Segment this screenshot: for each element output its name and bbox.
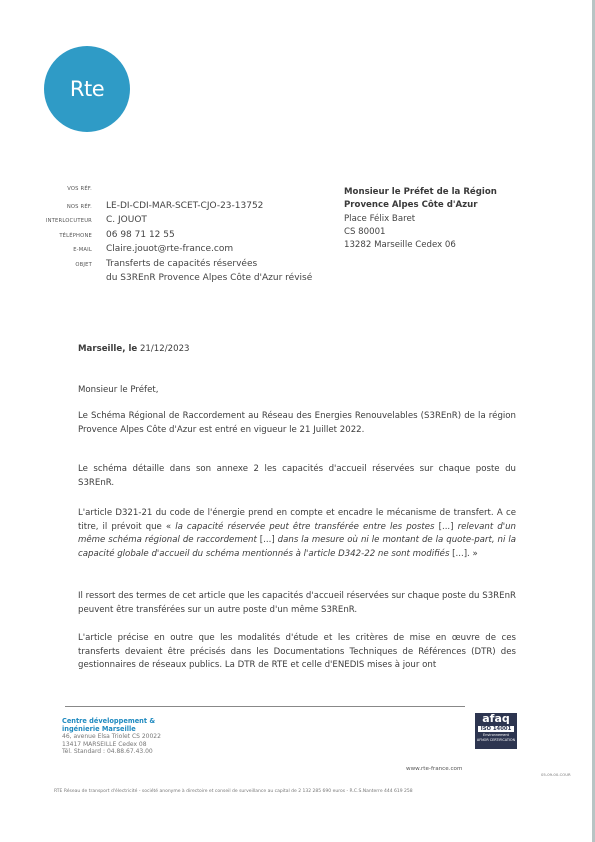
- date-place: Marseille, le: [78, 344, 137, 354]
- afaq-certification-logo: afaq ISO 14001 Environnement AFNOR CERTI…: [475, 713, 517, 749]
- quote-span: la capacité réservée peut être transféré…: [175, 522, 438, 532]
- paragraph-text: Le Schéma Régional de Raccordement au Ré…: [78, 410, 516, 437]
- ref-label: NOS RÉF.: [40, 204, 106, 210]
- org-address: 46, avenue Elsa Triolet CS 20022: [62, 733, 161, 741]
- ref-row-telephone: TÉLÉPHONE 06 98 71 12 55: [40, 230, 312, 245]
- text-span: [...]: [260, 535, 275, 545]
- date-value: 21/12/2023: [140, 344, 190, 354]
- org-name: ingénierie Marseille: [62, 726, 161, 734]
- ref-value: Transferts de capacités réservées: [106, 259, 257, 269]
- ref-label: VOS RÉF.: [40, 186, 106, 192]
- paragraph: L'article précise en outre que les modal…: [78, 632, 516, 673]
- salutation: Monsieur le Préfet,: [78, 384, 516, 398]
- afaq-brand: afaq: [475, 713, 517, 725]
- document-code: 05-09-00-COUR: [541, 772, 571, 777]
- recipient-line: Monsieur le Préfet de la Région: [344, 186, 497, 199]
- ref-row-interlocuteur: INTERLOCUTEUR C. JOUOT: [40, 215, 312, 230]
- ref-value: 06 98 71 12 55: [106, 230, 175, 240]
- recipient-line: CS 80001: [344, 226, 497, 239]
- footer-organization: Centre développement & ingénierie Marsei…: [62, 718, 161, 756]
- paragraph: Le schéma détaille dans son annexe 2 les…: [78, 463, 516, 490]
- email-link[interactable]: Claire.jouot@rte-france.com: [106, 244, 233, 254]
- text-span: [...]. »: [452, 549, 478, 559]
- afaq-line: AFNOR CERTIFICATION: [475, 738, 517, 743]
- org-address: 13417 MARSEILLE Cedex 08: [62, 741, 161, 749]
- ref-label: E-MAIL: [40, 247, 106, 253]
- text-span: [...]: [439, 522, 454, 532]
- ref-value: C. JOUOT: [106, 215, 147, 225]
- paragraph-text: L'article D321-21 du code de l'énergie p…: [78, 507, 516, 561]
- paragraph-text: L'article précise en outre que les modal…: [78, 632, 516, 673]
- ref-row-vos-ref: VOS RÉF.: [40, 186, 312, 201]
- reference-block: VOS RÉF. NOS RÉF. LE-DI-CDI-MAR-SCET-CJO…: [40, 186, 312, 285]
- recipient-line: Provence Alpes Côte d'Azur: [344, 199, 497, 212]
- rte-logo: Rte: [44, 46, 130, 132]
- paragraph: Il ressort des termes de cet article que…: [78, 590, 516, 617]
- footer-divider: [65, 706, 465, 707]
- website-link[interactable]: www.rte-france.com: [406, 766, 462, 772]
- ref-label: OBJET: [40, 262, 106, 268]
- org-phone: Tél. Standard : 04.88.67.43.00: [62, 748, 161, 756]
- recipient-line: 13282 Marseille Cedex 06: [344, 239, 497, 252]
- legal-notice: RTE Réseau de transport d'électricité - …: [54, 789, 413, 794]
- paragraph-text: Il ressort des termes de cet article que…: [78, 590, 516, 617]
- afaq-standard: ISO 14001: [478, 726, 514, 732]
- logo-text: Rte: [70, 77, 104, 101]
- recipient-line: Place Félix Baret: [344, 213, 497, 226]
- recipient-address: Monsieur le Préfet de la Région Provence…: [344, 186, 497, 252]
- ref-value: LE-DI-CDI-MAR-SCET-CJO-23-13752: [106, 201, 263, 211]
- paragraph-quote: L'article D321-21 du code de l'énergie p…: [78, 507, 516, 561]
- ref-label: INTERLOCUTEUR: [40, 218, 106, 224]
- paragraph-text: Le schéma détaille dans son annexe 2 les…: [78, 463, 516, 490]
- ref-label: TÉLÉPHONE: [40, 233, 106, 239]
- ref-row-nos-ref: NOS RÉF. LE-DI-CDI-MAR-SCET-CJO-23-13752: [40, 201, 312, 216]
- paragraph: Le Schéma Régional de Raccordement au Ré…: [78, 410, 516, 437]
- ref-value-continued: du S3REnR Provence Alpes Côte d'Azur rév…: [40, 273, 312, 285]
- letter-date: Marseille, le 21/12/2023: [78, 344, 190, 354]
- ref-row-objet: OBJET Transferts de capacités réservées: [40, 259, 312, 274]
- ref-row-email: E-MAIL Claire.jouot@rte-france.com: [40, 244, 312, 259]
